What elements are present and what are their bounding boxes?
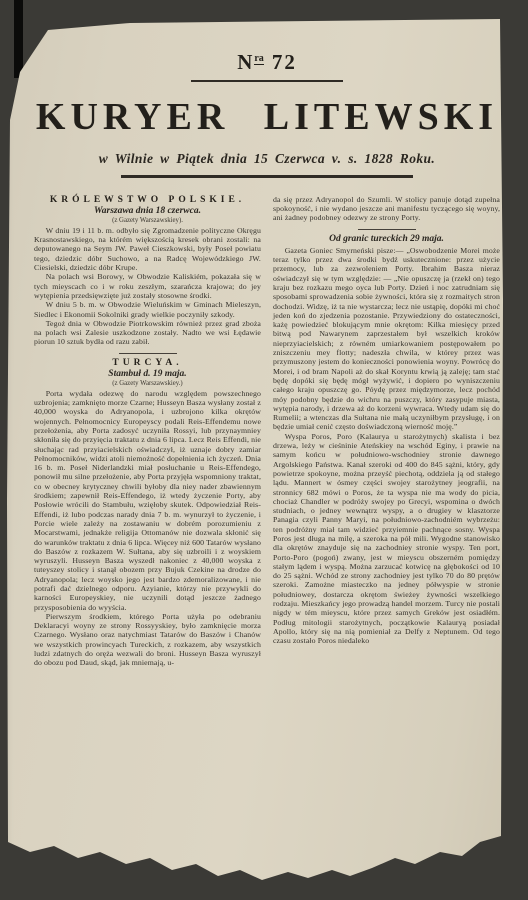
left-column: KRÓLEWSTWO POLSKIE. Warszawa dnia 18 cze… (34, 193, 261, 668)
issue-number: Nra72 (34, 50, 500, 75)
section-turkey: TURCYA. Stambuł d. 19 maja. (z Gazety Wa… (34, 353, 261, 668)
paragraph: Gazeta Goniec Smyrneński pisze:— „Oswobo… (273, 246, 500, 432)
paragraph: Wyspa Poros, Poro (Kalaurya u starożytny… (273, 432, 500, 646)
right-column: da się przez Adryanopol do Szumli. W sto… (273, 193, 500, 668)
issue-superscript: ra (254, 53, 263, 65)
section-divider (119, 353, 177, 354)
section-heading: KRÓLEWSTWO POLSKIE. (34, 195, 261, 205)
dateline: w Wilnie w Piątek dnia 15 Czerwca v. s. … (34, 151, 500, 167)
section-paragraphs: Porta wydała odezwę do narodu względem p… (34, 389, 261, 668)
page-content: Nra72 KURYER LITEWSKI w Wilnie w Piątek … (0, 0, 528, 668)
masthead-divider-bottom (121, 175, 413, 178)
scan-background: Nra72 KURYER LITEWSKI w Wilnie w Piątek … (0, 0, 528, 900)
paragraph: Tegoż dnia w Obwodzie Piotrkowskim równi… (34, 319, 261, 347)
paragraph: da się przez Adryanopol do Szumli. W sto… (273, 195, 500, 223)
text-columns: KRÓLEWSTWO POLSKIE. Warszawa dnia 18 cze… (34, 193, 500, 668)
masthead: Nra72 KURYER LITEWSKI w Wilnie w Piątek … (34, 50, 500, 178)
section-dateline: Od granic tureckich 29 maja. (273, 234, 500, 244)
masthead-divider-top (191, 80, 343, 82)
section-paragraphs: W dniu 19 i 11 b. m. odbyło się Zgromadz… (34, 226, 261, 347)
newspaper-page: Nra72 KURYER LITEWSKI w Wilnie w Piątek … (0, 0, 528, 900)
section-source: (z Gazety Warszawskiey.) (34, 380, 261, 387)
newspaper-title: KURYER LITEWSKI (34, 98, 500, 138)
paragraph: Na polach wsi Borowy, w Obwodzie Kaliski… (34, 272, 261, 300)
paragraph: Porta wydała odezwę do narodu względem p… (34, 389, 261, 612)
section-paragraphs: Gazeta Goniec Smyrneński pisze:— „Oswobo… (273, 246, 500, 646)
paragraph: W dniu 5 b. m. w Obwodzie Wieluńskim w G… (34, 300, 261, 319)
section-kingdom-of-poland: KRÓLEWSTWO POLSKIE. Warszawa dnia 18 cze… (34, 195, 261, 347)
section-dateline: Stambuł d. 19 maja. (34, 369, 261, 379)
section-divider (358, 229, 416, 230)
section-source: (z Gazety Warszawskiey). (34, 217, 261, 224)
paragraph: Pierwszym środkiem, którego Porta użyła … (34, 612, 261, 668)
section-dateline: Warszawa dnia 18 czerwca. (34, 206, 261, 216)
section-turkish-borders: Od granic tureckich 29 maja. Gazeta Goni… (273, 229, 500, 646)
issue-value: 72 (272, 50, 297, 74)
paragraph: W dniu 19 i 11 b. m. odbyło się Zgromadz… (34, 226, 261, 272)
continuation-paragraph: da się przez Adryanopol do Szumli. W sto… (273, 195, 500, 223)
binding-strip (14, 0, 23, 78)
section-heading: TURCYA. (34, 358, 261, 368)
issue-prefix: N (237, 50, 254, 74)
